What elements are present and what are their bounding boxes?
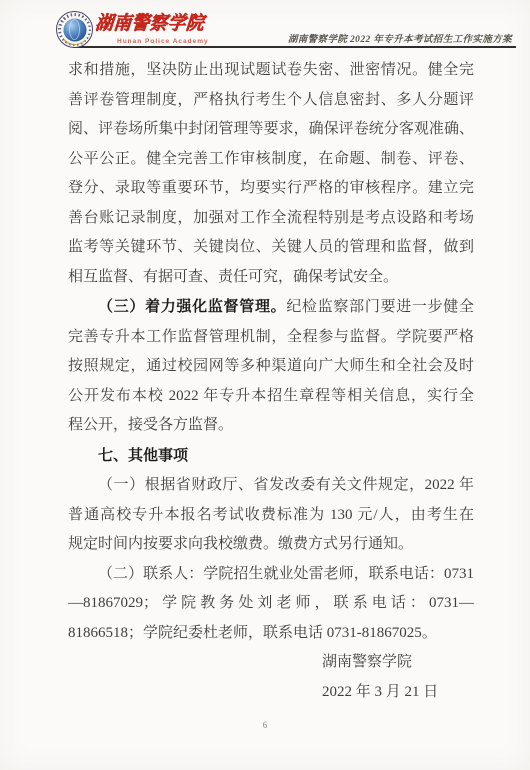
text-line: （三）着力强化监督管理。纪检监察部门要进一步健全: [68, 292, 474, 323]
text-line: 按照规定，通过校园网等多种渠道向广大师生和全社会及时: [68, 352, 474, 382]
text-line: 监考等关键环节、关键岗位、关键人员的管理和监督，做到: [68, 233, 474, 263]
text-line: —81867029；学院教务处刘老师，联系电话：0731—: [68, 589, 474, 619]
text-line: 规定时间内按要求向我校缴费。缴费方式另行通知。: [68, 530, 474, 560]
text-line: 阅、评卷场所集中封闭管理等要求，确保评卷统分客观准确、: [68, 115, 474, 145]
header-divider: [73, 46, 516, 48]
para-item-2: （二）联系人：学院招生就业处雷老师，联系电话：0731—81867029；学院教…: [68, 560, 474, 649]
text-run: 程公开，接受各方监督。: [68, 417, 233, 433]
school-name-english: Hunan Police Academy: [117, 38, 209, 45]
text-run: —81867029；学院教务处刘老师，联系电话：0731—: [68, 595, 474, 611]
school-name-calligraphy: 湖南警察学院: [94, 12, 205, 36]
badge-globe-meridian-icon: [69, 19, 80, 40]
document-header-title: 湖南警察学院 2022 年专升本考试招生工作实施方案: [288, 31, 512, 45]
text-line: 求和措施，坚决防止出现试题试卷失密、泄密情况。健全完: [68, 56, 474, 86]
signature-block: 湖南警察学院 2022 年 3 月 21 日: [322, 648, 474, 707]
text-run: 纪检监察部门要进一步健全: [286, 299, 474, 315]
text-run: 监考等关键环节、关键岗位、关键人员的管理和监督，做到: [68, 239, 474, 255]
text-line: 公开发布本校 2022 年专升本招生章程等相关信息，实行全: [68, 382, 474, 412]
school-badge-icon: [56, 11, 93, 48]
text-run: 善台账记录制度，加强对工作全流程特别是考点设路和考场: [68, 210, 474, 226]
text-line: 善台账记录制度，加强对工作全流程特别是考点设路和考场: [68, 204, 474, 234]
text-run: （二）联系人：学院招生就业处雷老师，联系电话：0731: [98, 566, 474, 582]
heading-section-7: 七、其他事项: [68, 441, 474, 472]
text-run: 按照规定，通过校园网等多种渠道向广大师生和全社会及时: [68, 358, 474, 374]
text-line: 相互监督、有据可查、责任可究，确保考试安全。: [68, 263, 474, 293]
text-line: 七、其他事项: [68, 441, 474, 472]
text-run: 规定时间内按要求向我校缴费。缴费方式另行通知。: [68, 536, 413, 552]
text-run: 善评卷管理制度，严格执行考生个人信息密封、多人分题评: [68, 92, 474, 108]
text-run: 阅、评卷场所集中封闭管理等要求，确保评卷统分客观准确、: [68, 121, 474, 137]
para-continuation: 求和措施，坚决防止出现试题试卷失密、泄密情况。健全完善评卷管理制度，严格执行考生…: [68, 56, 474, 292]
bold-run: 七、其他事项: [98, 447, 188, 464]
bold-run: （三）着力强化监督管理。: [98, 298, 286, 315]
para-section-3: （三）着力强化监督管理。纪检监察部门要进一步健全完善专升本工作监督管理机制，全程…: [68, 292, 474, 441]
text-run: 登分、录取等重要环节，均要实行严格的审核程序。建立完: [68, 180, 474, 196]
signature-date: 2022 年 3 月 21 日: [322, 678, 474, 708]
body-blocks: 求和措施，坚决防止出现试题试卷失密、泄密情况。健全完善评卷管理制度，严格执行考生…: [68, 56, 474, 648]
text-line: 公平公正。健全完善工作审核制度，在命题、制卷、评卷、: [68, 145, 474, 175]
body-text: 求和措施，坚决防止出现试题试卷失密、泄密情况。健全完善评卷管理制度，严格执行考生…: [68, 56, 474, 707]
text-line: 善评卷管理制度，严格执行考生个人信息密封、多人分题评: [68, 86, 474, 116]
text-run: 求和措施，坚决防止出现试题试卷失密、泄密情况。健全完: [68, 62, 474, 78]
text-line: 登分、录取等重要环节，均要实行严格的审核程序。建立完: [68, 174, 474, 204]
text-run: 相互监督、有据可查、责任可究，确保考试安全。: [68, 269, 398, 285]
text-line: （一）根据省财政厅、省发改委有关文件规定，2022 年: [68, 471, 474, 501]
text-line: 程公开，接受各方监督。: [68, 411, 474, 441]
text-run: （一）根据省财政厅、省发改委有关文件规定，2022 年: [98, 477, 474, 493]
text-run: 公开发布本校 2022 年专升本招生章程等相关信息，实行全: [68, 388, 474, 404]
text-run: 公平公正。健全完善工作审核制度，在命题、制卷、评卷、: [68, 151, 474, 167]
text-run: 普通高校专升本报名考试收费标准为 130 元/人，由考生在: [68, 507, 474, 523]
text-line: 81866518；学院纪委杜老师，联系电话 0731-81867025。: [68, 619, 474, 649]
para-item-1: （一）根据省财政厅、省发改委有关文件规定，2022 年普通高校专升本报名考试收费…: [68, 471, 474, 560]
text-line: 完善专升本工作监督管理机制，全程参与监督。学院要严格: [68, 323, 474, 353]
document-page: 湖南警察学院 Hunan Police Academy 湖南警察学院 2022 …: [0, 0, 530, 770]
text-line: （二）联系人：学院招生就业处雷老师，联系电话：0731: [68, 560, 474, 590]
badge-globe-icon: [63, 18, 86, 41]
text-line: 普通高校专升本报名考试收费标准为 130 元/人，由考生在: [68, 501, 474, 531]
text-run: 完善专升本工作监督管理机制，全程参与监督。学院要严格: [68, 329, 474, 345]
page-number: 6: [0, 720, 530, 730]
text-run: 81866518；学院纪委杜老师，联系电话 0731-81867025。: [68, 625, 437, 641]
signature-organization: 湖南警察学院: [322, 648, 474, 678]
